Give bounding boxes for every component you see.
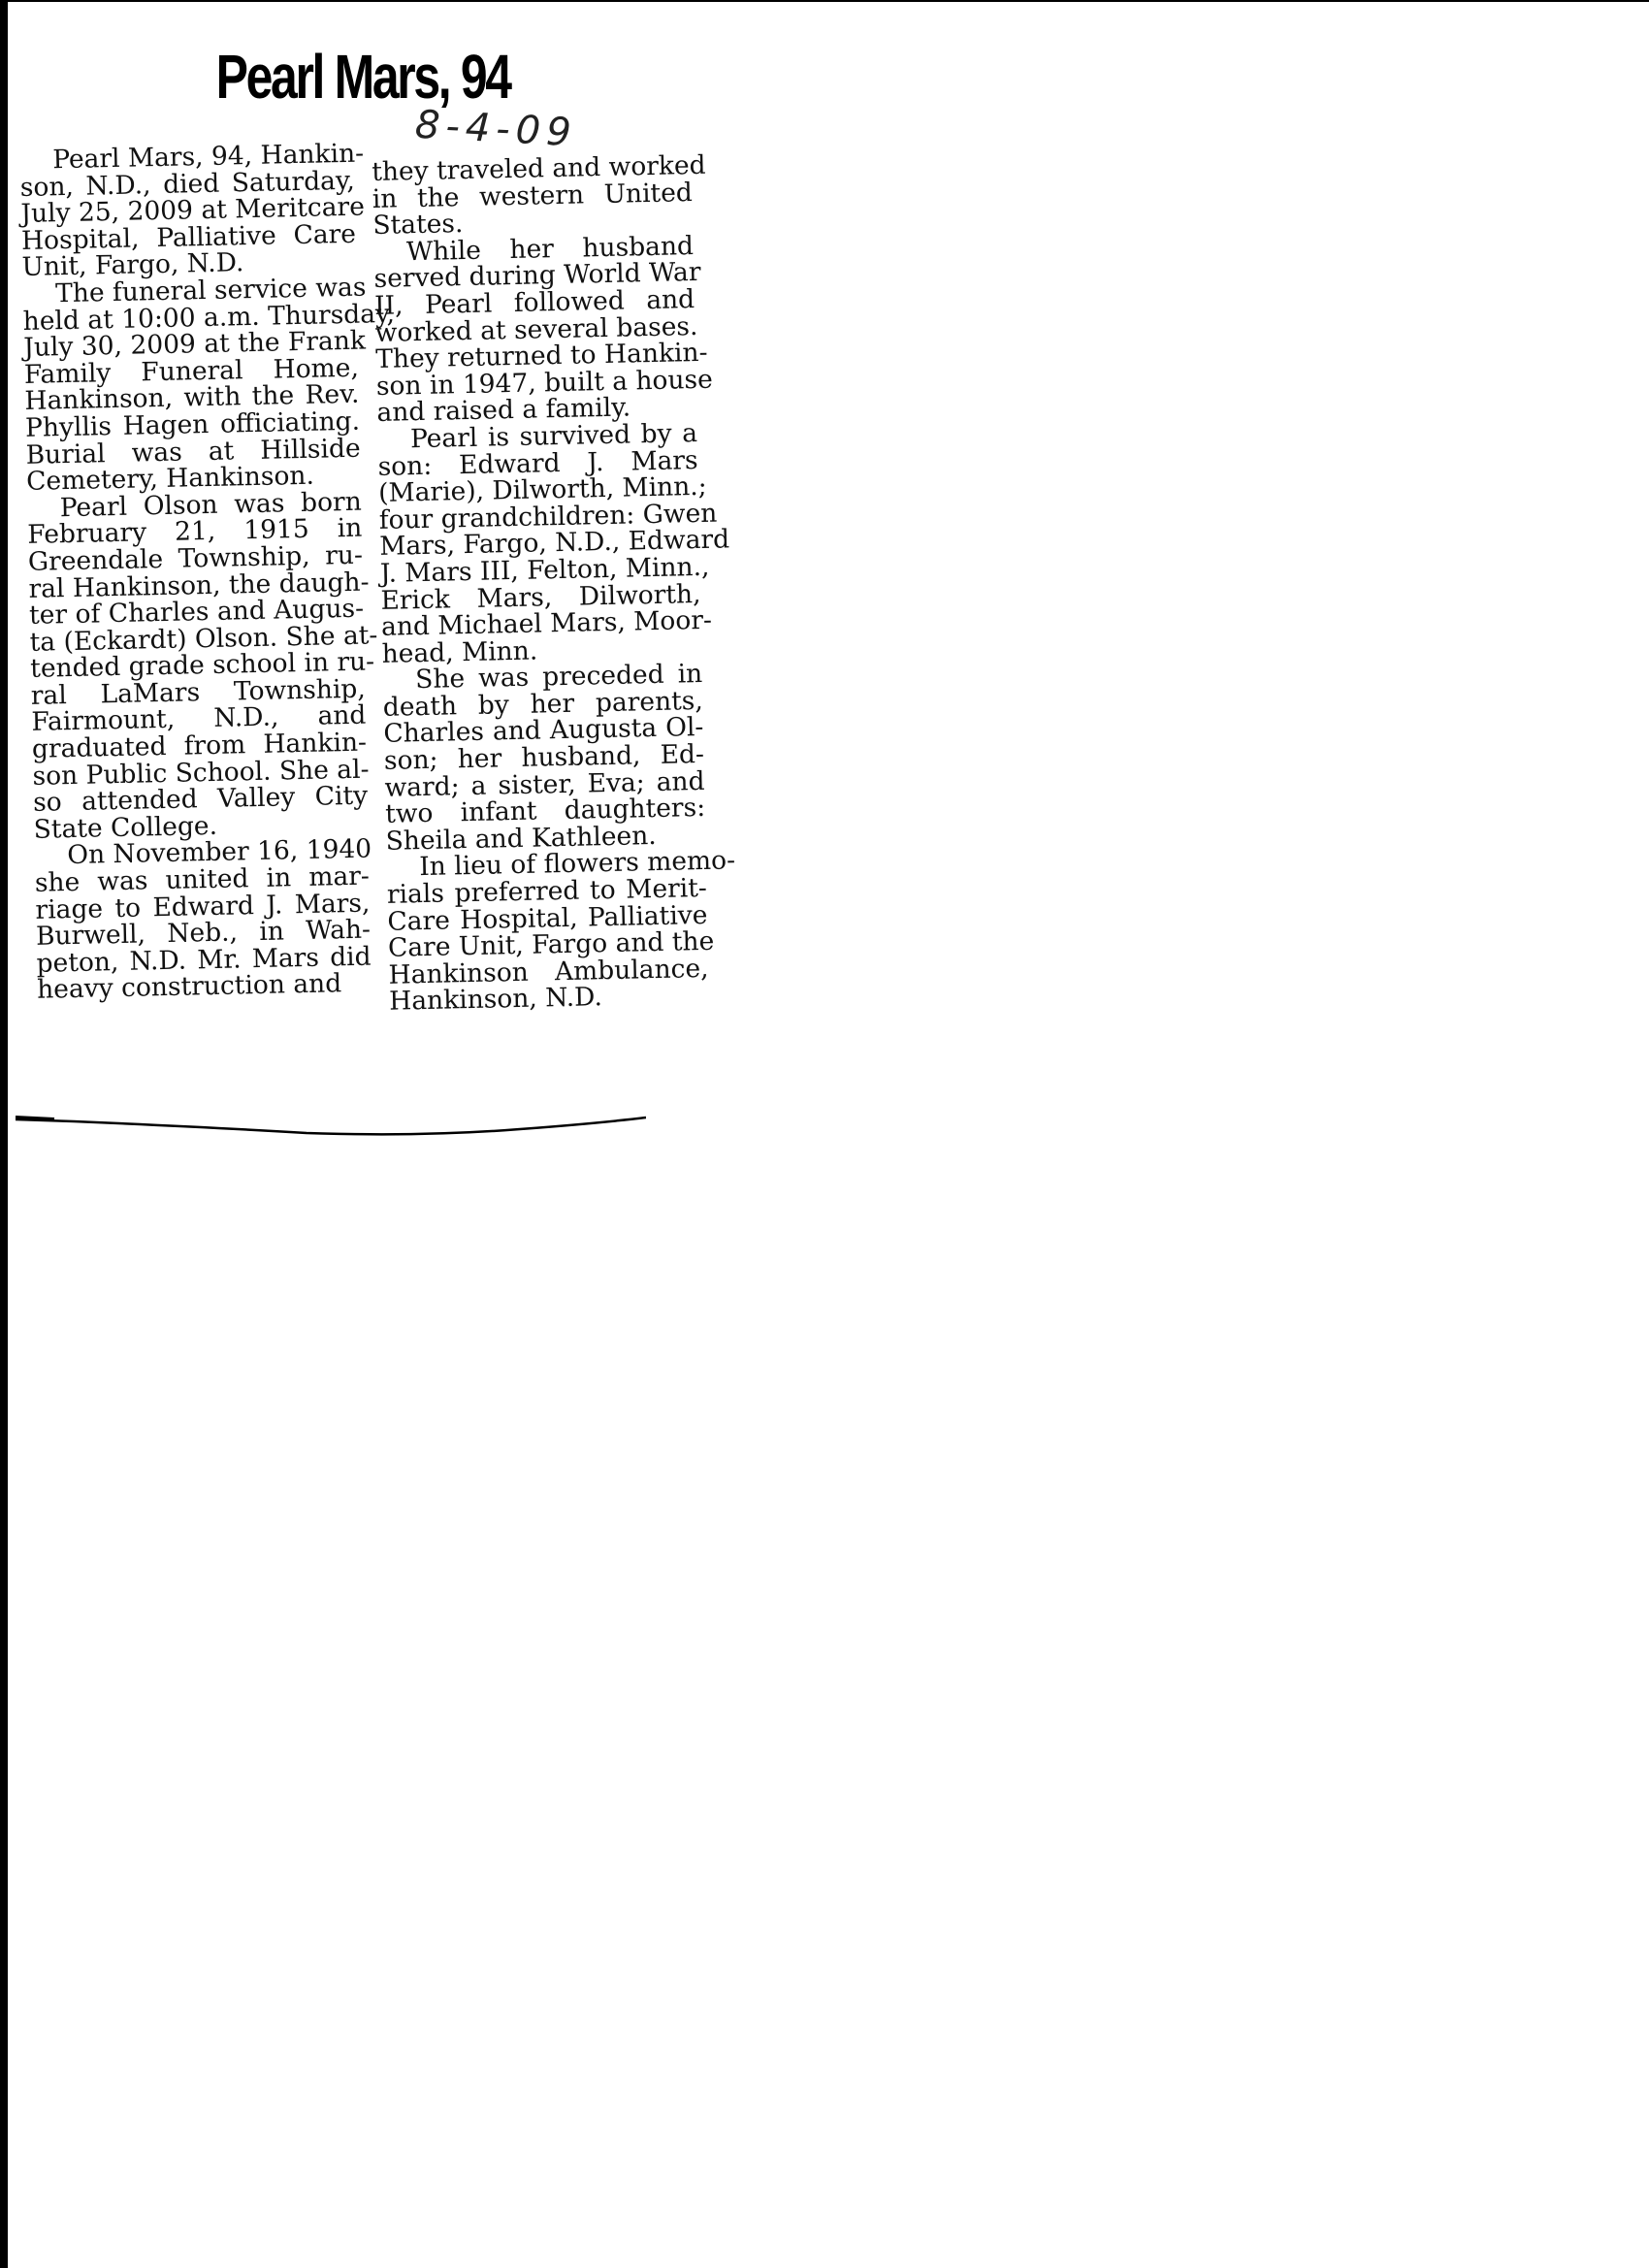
obituary-clipping: Pearl Mars, 94 8-4-09 Pearl Mars, 94, Ha… <box>8 2 706 1127</box>
body-text-line: heavy construction and <box>37 970 372 1004</box>
clipping-bottom-cut-edge <box>16 1116 646 1137</box>
text-column-2: they traveled and workedin the western U… <box>372 152 709 1016</box>
obituary-headline: Pearl Mars, 94 <box>90 41 635 113</box>
body-text-line: in the western United <box>372 179 694 212</box>
scan-left-edge-border <box>0 0 8 2268</box>
body-text-line: and Michael Mars, Moor- <box>381 607 702 640</box>
handwritten-date-annotation: 8-4-09 <box>414 103 578 156</box>
text-column-1: Pearl Mars, 94, Hankin-son, N.D., died S… <box>19 141 372 1004</box>
body-text-line: Hankinson, N.D. <box>389 982 710 1015</box>
